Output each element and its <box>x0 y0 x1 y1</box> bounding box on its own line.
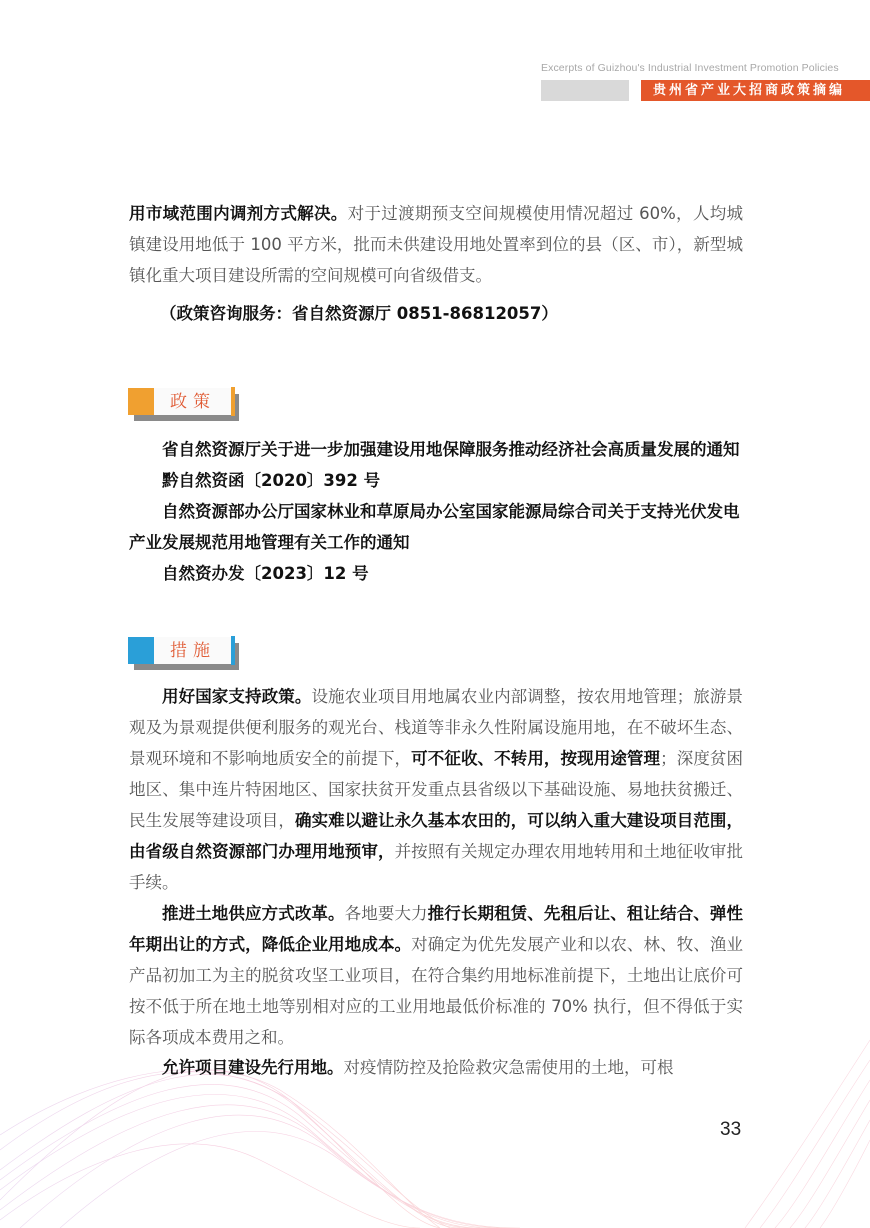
policy-title: 省自然资源厅关于进一步加强建设用地保障服务推动经济社会高质量发展的通知 <box>129 434 743 465</box>
policy-list: 省自然资源厅关于进一步加强建设用地保障服务推动经济社会高质量发展的通知 黔自然资… <box>129 434 743 589</box>
intro-bold: 用市域范围内调剂方式解决。 <box>129 204 348 223</box>
measure-paragraph: 用好国家支持政策。设施农业项目用地属农业内部调整，按农用地管理；旅游景观及为景观… <box>129 681 743 898</box>
measure-paragraph: 允许项目建设先行用地。对疫情防控及抢险救灾急需使用的土地，可根 <box>129 1052 743 1083</box>
badge-tab <box>128 388 154 415</box>
measure-emphasis: 可不征收、不转用，按现用途管理 <box>411 749 660 768</box>
header-gray-bar <box>541 80 629 101</box>
policy-doc-no: 自然资办发〔2023〕12 号 <box>129 558 743 589</box>
header-subtitle-en: Excerpts of Guizhou's Industrial Investm… <box>541 62 839 74</box>
section-badge-measures: 措施 <box>128 637 235 666</box>
measure-heading: 用好国家支持政策。 <box>162 687 311 706</box>
policy-doc-no: 黔自然资函〔2020〕392 号 <box>129 465 743 496</box>
consult-info: （政策咨询服务：省自然资源厅 0851-86812057） <box>160 300 558 324</box>
header-title-cn: 贵州省产业大招商政策摘编 <box>653 83 845 98</box>
measure-paragraph: 推进土地供应方式改革。各地要大力推行长期租赁、先租后让、租让结合、弹性年期出让的… <box>129 898 743 1053</box>
header-title-bar: 贵州省产业大招商政策摘编 <box>641 80 870 101</box>
measure-text: 各地要大力 <box>345 904 428 923</box>
measure-heading: 允许项目建设先行用地。 <box>162 1058 344 1077</box>
badge-label: 政策 <box>170 390 216 414</box>
badge-label: 措施 <box>170 639 216 663</box>
badge-tab <box>128 637 154 664</box>
page-number: 33 <box>720 1119 741 1141</box>
intro-paragraph: 用市域范围内调剂方式解决。对于过渡期预支空间规模使用情况超过 60%，人均城镇建… <box>129 198 743 291</box>
section-badge-policy: 政策 <box>128 388 235 417</box>
policy-title: 自然资源部办公厅国家林业和草原局办公室国家能源局综合司关于支持光伏发电产业发展规… <box>129 496 743 558</box>
measure-heading: 推进土地供应方式改革。 <box>162 904 345 923</box>
measure-text: 对疫情防控及抢险救灾急需使用的土地，可根 <box>344 1058 674 1077</box>
